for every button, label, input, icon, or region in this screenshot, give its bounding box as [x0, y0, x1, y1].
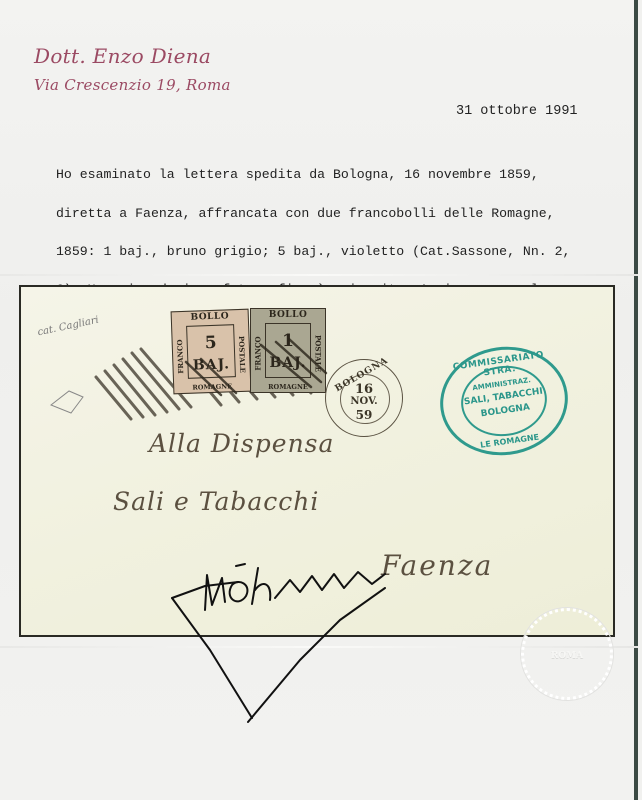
body-line: Ho esaminato la lettera spedita da Bolog…: [56, 165, 586, 184]
embossed-seal: ROMA: [521, 608, 613, 700]
letter-photograph: cat. Cagliari BOLLO FRANCO POST: [19, 285, 615, 637]
embossed-seal-city: ROMA: [524, 651, 610, 661]
certificate-page: Dott. Enzo Diena Via Crescenzio 19, Roma…: [0, 0, 638, 800]
letterhead-address: Via Crescenzio 19, Roma: [34, 76, 231, 94]
body-line: 1859: 1 baj., bruno grigio; 5 baj., viol…: [56, 242, 586, 261]
certificate-date: 31 ottobre 1991: [456, 104, 578, 119]
page-edge: [634, 0, 638, 800]
letterhead-name: Dott. Enzo Diena: [34, 44, 211, 68]
pencil-triangle-mark: [21, 287, 615, 637]
body-line: diretta a Faenza, affrancata con due fra…: [56, 204, 586, 223]
